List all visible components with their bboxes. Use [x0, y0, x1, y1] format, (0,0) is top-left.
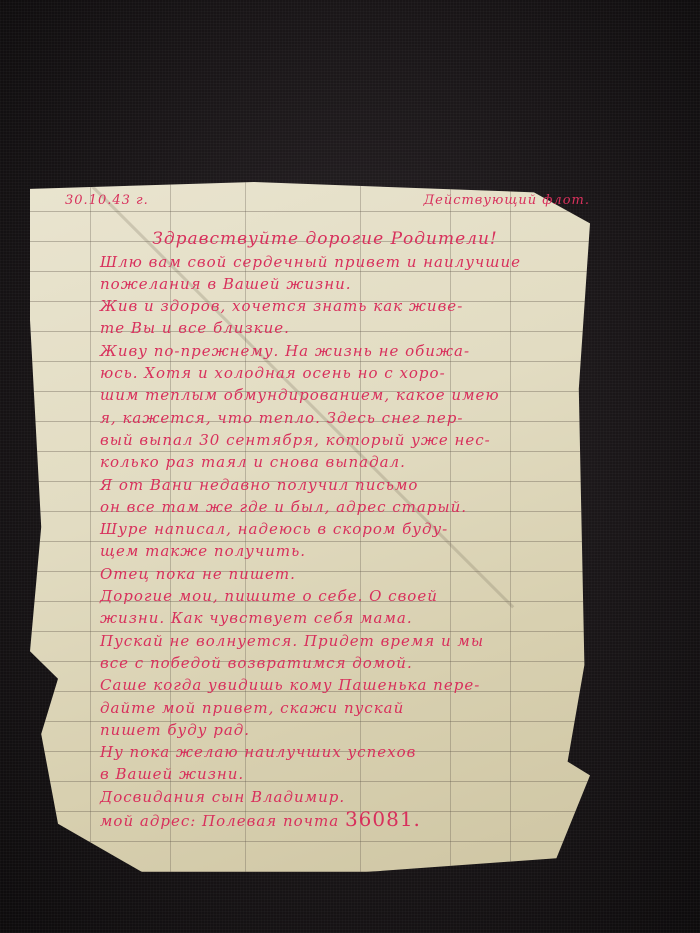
letter-line: я, кажется, что тепло. Здесь снег пер- — [100, 407, 590, 429]
letter-line: пишет буду рад. — [100, 719, 590, 741]
letter-line: жизни. Как чувствует себя мама. — [100, 607, 590, 629]
letter-line: Пускай не волнуется. Придет время и мы — [100, 630, 590, 652]
letter-address: мой адрес: Полевая почта 36081. — [100, 808, 590, 832]
letter-date: 30.10.43 г. — [65, 190, 149, 212]
letter-line: Дорогие мои, пишите о себе. О своей — [100, 585, 590, 607]
letter-line: Саше когда увидишь кому Пашенька пере- — [100, 674, 590, 696]
letter-line: шим теплым обмундированием, какое имею — [100, 384, 590, 406]
letter-header: 30.10.43 г. Действующий флот. — [65, 190, 590, 212]
letter-line: пожелания в Вашей жизни. — [100, 273, 590, 295]
letter-line: юсь. Хотя и холодная осень но с хоро- — [100, 362, 590, 384]
letter-line: вый выпал 30 сентября, который уже нес- — [100, 429, 590, 451]
letter-line: дайте мой привет, скажи пускай — [100, 697, 590, 719]
letter-line: Ну пока желаю наилучших успехов — [100, 741, 590, 763]
letter-line: Шуре написал, надеюсь в скором буду- — [100, 518, 590, 540]
letter-line: Досвидания сын Владимир. — [100, 786, 590, 808]
letter-greeting: Здравствуйте дорогие Родители! — [60, 228, 590, 250]
letter-line: те Вы и все близкие. — [100, 317, 590, 339]
letter-line: Я от Вани недавно получил письмо — [100, 474, 590, 496]
letter-body: Шлю вам свой сердечный привет и наилучши… — [100, 251, 590, 808]
address-prefix: мой адрес: Полевая почта — [100, 812, 339, 830]
letter-line: Шлю вам свой сердечный привет и наилучши… — [100, 251, 590, 273]
letter-line: он все там же где и был, адрес старый. — [100, 496, 590, 518]
letter-line: щем также получить. — [100, 540, 590, 562]
letter-line: колько раз таял и снова выпадал. — [100, 451, 590, 473]
field-post-number: 36081. — [345, 807, 421, 831]
letter-location: Действующий флот. — [424, 190, 590, 212]
letter-line: Живу по-прежнему. На жизнь не обижа- — [100, 340, 590, 362]
letter-line: Жив и здоров, хочется знать как живе- — [100, 295, 590, 317]
letter-line: в Вашей жизни. — [100, 763, 590, 785]
letter-line: все с победой возвратимся домой. — [100, 652, 590, 674]
letter-line: Отец пока не пишет. — [100, 563, 590, 585]
handwritten-letter: 30.10.43 г. Действующий флот. Здравствуй… — [100, 190, 590, 832]
